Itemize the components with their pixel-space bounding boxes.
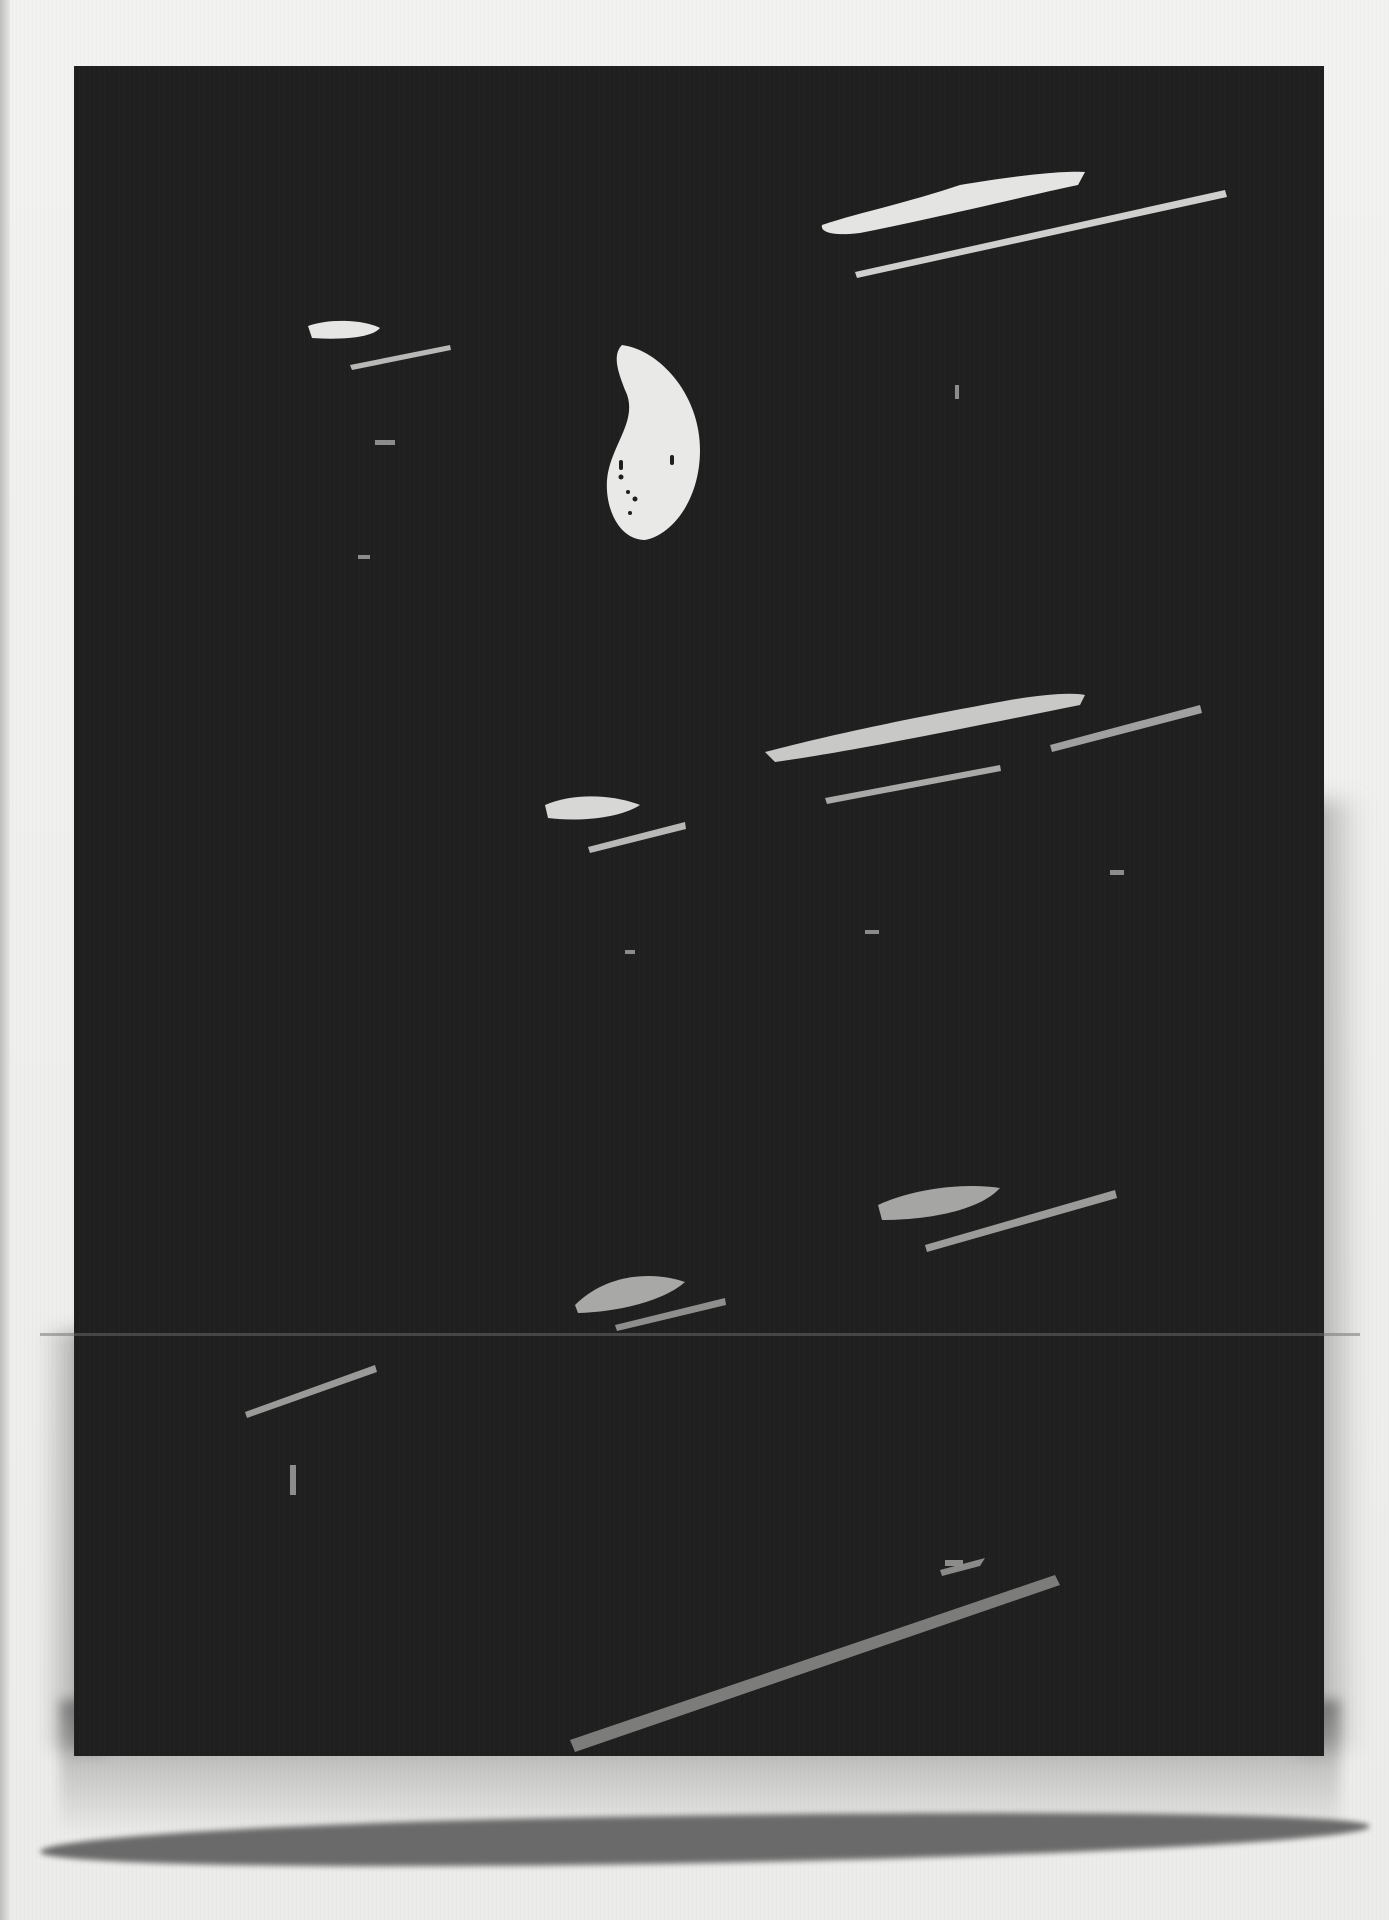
streak [825,765,1001,804]
streak [308,321,380,339]
streak [350,345,451,370]
streak [588,822,686,853]
streak [575,1276,685,1313]
streak [1050,705,1202,752]
streak [765,694,1085,762]
streak [545,796,640,819]
streak [822,172,1085,234]
speckles [290,385,1124,1566]
teardrop-highlight [607,345,700,540]
crease-line [40,1333,1360,1336]
streak [878,1186,1000,1220]
streak [570,1575,1060,1752]
light-marks [0,0,1389,1920]
streak [245,1365,377,1418]
